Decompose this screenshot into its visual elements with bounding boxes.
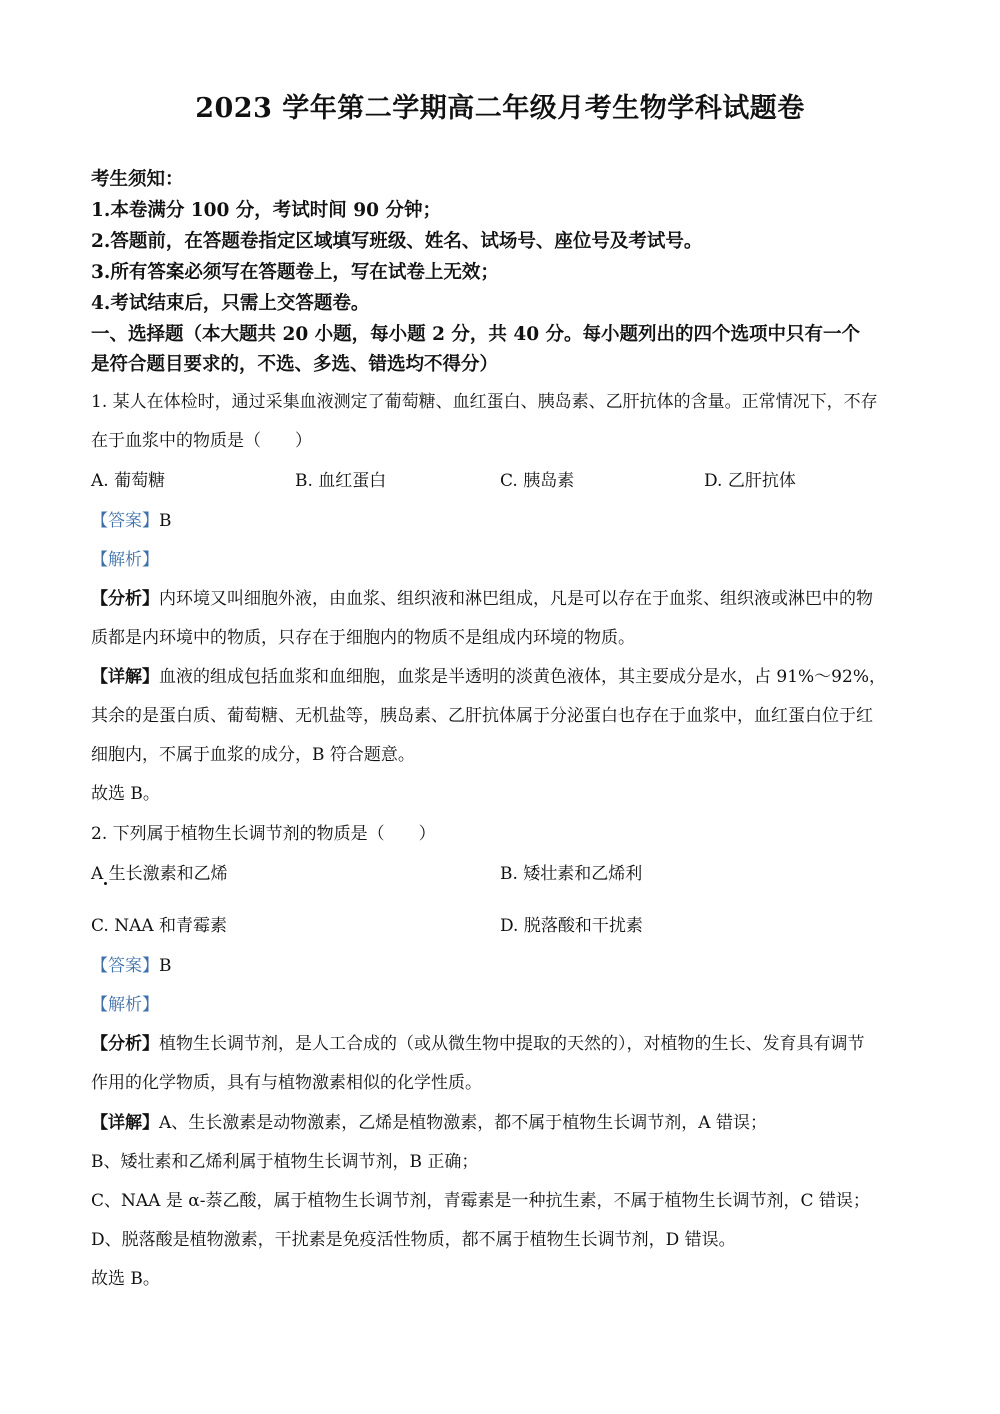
xiangjie-label: 【详解】 bbox=[91, 1113, 159, 1133]
q2-xiangjie-line-4: D、脱落酸是植物激素，干扰素是免疫活性物质，都不属于植物生长调节剂，D 错误。 bbox=[91, 1225, 736, 1250]
q1-fenxi-line-1: 【分析】内环境又叫细胞外液，由血浆、组织液和淋巴组成，凡是可以存在于血浆、组织液… bbox=[91, 584, 873, 609]
fenxi-label: 【分析】 bbox=[91, 1034, 159, 1054]
q1-option-c: C. 胰岛素 bbox=[500, 466, 574, 491]
q1-xiangjie-line-2: 其余的是蛋白质、葡萄糖、无机盐等，胰岛素、乙肝抗体属于分泌蛋白也存在于血浆中，血… bbox=[91, 701, 873, 726]
q2-stem: 2. 下列属于植物生长调节剂的物质是（ ） bbox=[91, 819, 436, 844]
q2-fenxi-text-1: 植物生长调节剂，是人工合成的（或从微生物中提取的天然的），对植物的生长、发育具有… bbox=[159, 1034, 865, 1054]
q2-answer: 【答案】B bbox=[91, 951, 172, 976]
q2-option-a: A 生长激素和乙烯 bbox=[91, 859, 228, 884]
q1-answer-value: B bbox=[159, 511, 172, 531]
q2-xiangjie-text-1: A、生长激素是动物激素，乙烯是植物激素，都不属于植物生长调节剂，A 错误； bbox=[159, 1113, 767, 1133]
q1-xiangjie-line-3: 细胞内，不属于血浆的成分，B 符合题意。 bbox=[91, 740, 415, 765]
notice-item-4: 4.考试结束后，只需上交答题卷。 bbox=[91, 289, 369, 315]
section-heading-line-1: 一、选择题（本大题共 20 小题，每小题 2 分，共 40 分。每小题列出的四个… bbox=[91, 320, 860, 346]
q1-fenxi-line-2: 质都是内环境中的物质，只存在于细胞内的物质不是组成内环境的物质。 bbox=[91, 623, 635, 648]
q2-conclusion: 故选 B。 bbox=[91, 1264, 160, 1289]
q2-answer-value: B bbox=[159, 956, 172, 976]
notice-item-3: 3.所有答案必须写在答题卷上，写在试卷上无效； bbox=[91, 258, 499, 284]
q1-xiangjie-text-1: 血液的组成包括血浆和血细胞，血浆是半透明的淡黄色液体，其主要成分是水，占 91%… bbox=[159, 667, 886, 687]
stray-dot-mark bbox=[104, 882, 107, 885]
section-heading-line-2: 是符合题目要求的，不选、多选、错选均不得分） bbox=[91, 350, 498, 376]
exam-page: 2023 学年第二学期高二年级月考生物学科试题卷 考生须知： 1.本卷满分 10… bbox=[0, 0, 1000, 1414]
q2-fenxi-line-2: 作用的化学物质，具有与植物激素相似的化学性质。 bbox=[91, 1068, 482, 1093]
q2-analysis-label: 【解析】 bbox=[91, 990, 159, 1015]
q2-xiangjie-line-3: C、NAA 是 α-萘乙酸，属于植物生长调节剂，青霉素是一种抗生素，不属于植物生… bbox=[91, 1186, 870, 1211]
q2-fenxi-line-1: 【分析】植物生长调节剂，是人工合成的（或从微生物中提取的天然的），对植物的生长、… bbox=[91, 1029, 865, 1054]
q2-option-c: C. NAA 和青霉素 bbox=[91, 911, 227, 936]
q1-fenxi-text-1: 内环境又叫细胞外液，由血浆、组织液和淋巴组成，凡是可以存在于血浆、组织液或淋巴中… bbox=[159, 589, 873, 609]
q2-option-d: D. 脱落酸和干扰素 bbox=[500, 911, 643, 936]
q1-option-b: B. 血红蛋白 bbox=[295, 466, 386, 491]
q1-stem-line-2: 在于血浆中的物质是（ ） bbox=[91, 426, 312, 451]
notice-heading: 考生须知： bbox=[91, 165, 184, 191]
q1-option-a: A. 葡萄糖 bbox=[91, 466, 165, 491]
q1-xiangjie-line-1: 【详解】血液的组成包括血浆和血细胞，血浆是半透明的淡黄色液体，其主要成分是水，占… bbox=[91, 662, 886, 687]
q2-xiangjie-line-2: B、矮壮素和乙烯利属于植物生长调节剂，B 正确； bbox=[91, 1147, 478, 1172]
answer-label: 【答案】 bbox=[91, 956, 159, 976]
fenxi-label: 【分析】 bbox=[91, 589, 159, 609]
notice-item-2: 2.答题前，在答题卷指定区域填写班级、姓名、试场号、座位号及考试号。 bbox=[91, 227, 702, 253]
q1-conclusion: 故选 B。 bbox=[91, 779, 160, 804]
q2-xiangjie-line-1: 【详解】A、生长激素是动物激素，乙烯是植物激素，都不属于植物生长调节剂，A 错误… bbox=[91, 1108, 767, 1133]
document-title: 2023 学年第二学期高二年级月考生物学科试题卷 bbox=[0, 86, 1000, 125]
q1-analysis-label: 【解析】 bbox=[91, 545, 159, 570]
q1-answer: 【答案】B bbox=[91, 506, 172, 531]
q1-stem-line-1: 1. 某人在体检时，通过采集血液测定了葡萄糖、血红蛋白、胰岛素、乙肝抗体的含量。… bbox=[91, 387, 878, 412]
xiangjie-label: 【详解】 bbox=[91, 667, 159, 687]
q2-option-b: B. 矮壮素和乙烯利 bbox=[500, 859, 642, 884]
q1-option-d: D. 乙肝抗体 bbox=[704, 466, 796, 491]
notice-item-1: 1.本卷满分 100 分，考试时间 90 分钟； bbox=[91, 196, 441, 222]
answer-label: 【答案】 bbox=[91, 511, 159, 531]
